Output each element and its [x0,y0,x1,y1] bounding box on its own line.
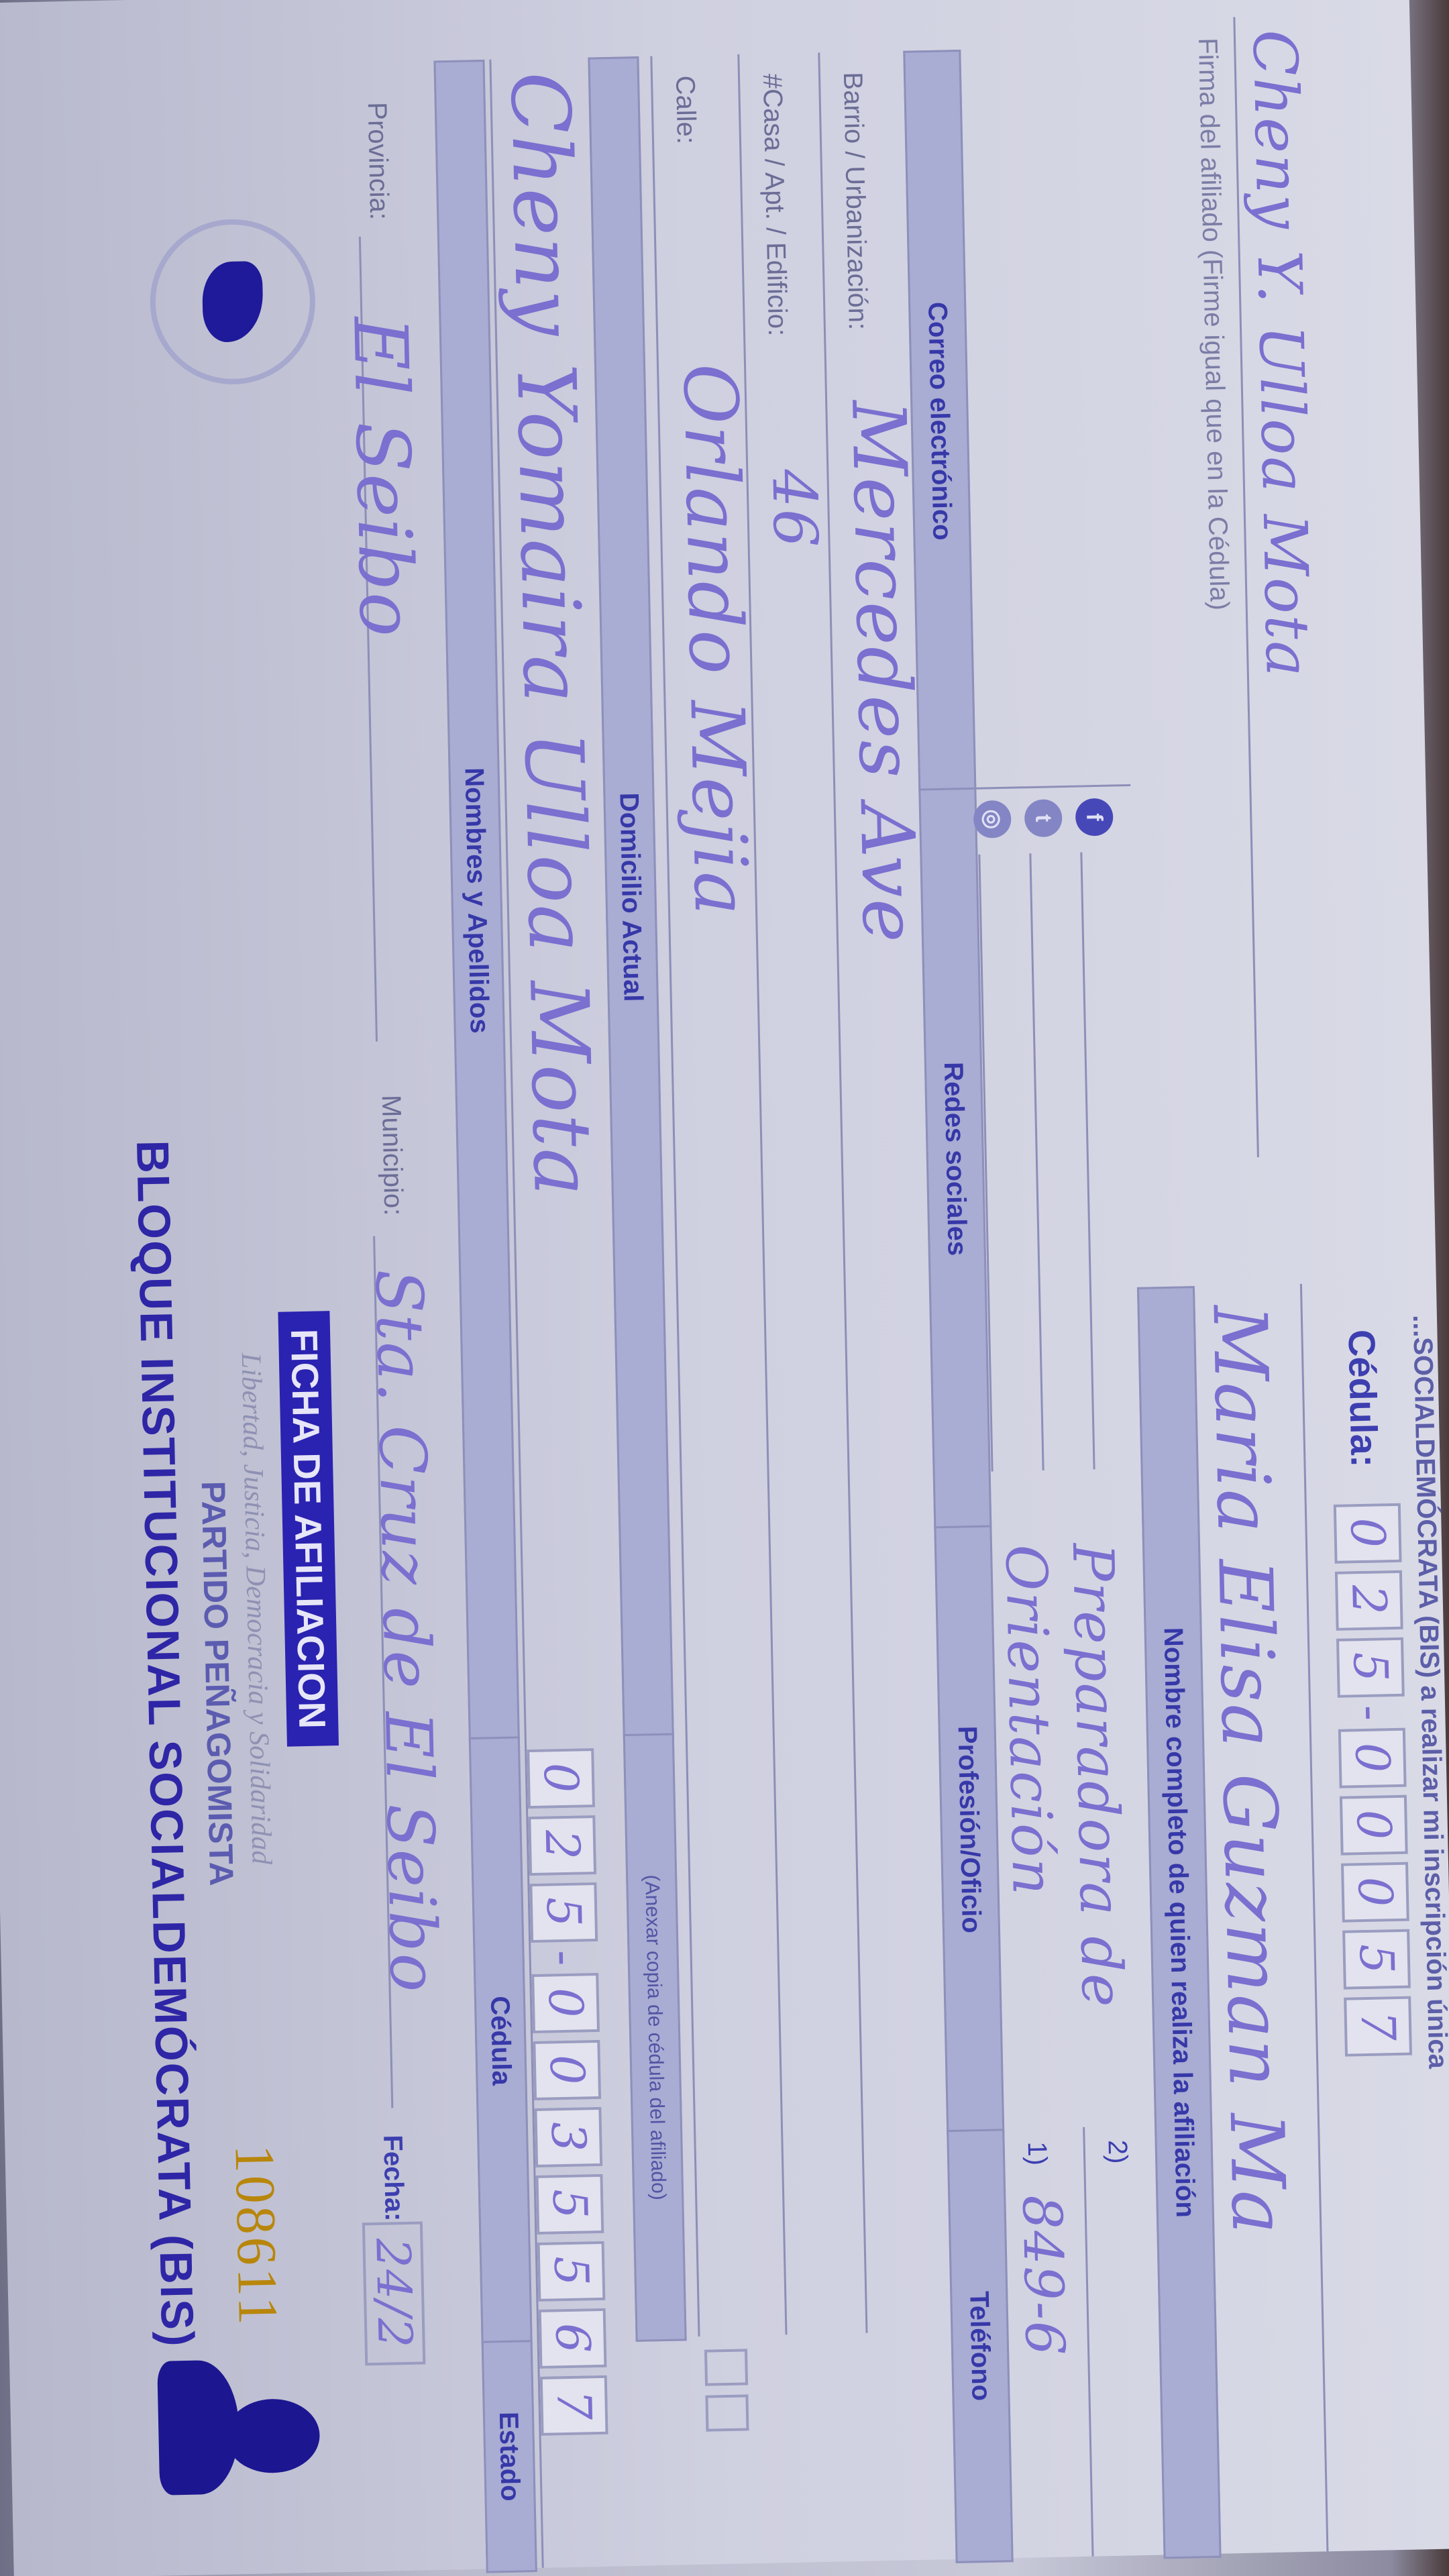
phone-header: Teléfono [947,2129,1014,2563]
twitter-icon: t [1024,799,1063,837]
form-title: FICHA DE AFILIACION [278,1311,339,1747]
social-row[interactable]: t [1020,799,1081,1470]
cedula-dash: - [537,1949,591,1966]
social-handle-field[interactable] [1030,853,1071,1470]
house-number-field[interactable]: 46 [758,468,830,549]
state-checkbox[interactable] [705,2394,749,2431]
social-handle-field[interactable] [979,854,1020,1472]
instagram-icon: ◎ [973,800,1012,839]
row-divider [1083,2127,1093,2557]
row-divider [737,54,787,2334]
party-seal-logo [148,217,317,386]
cedula-digit-box[interactable]: 0 [527,1748,595,1809]
profession-field[interactable]: Preparadora de Orientación [992,1542,1138,2122]
email-field[interactable] [961,46,1130,790]
cedula-header: Cédula [469,1736,533,2345]
cedula-digit-box[interactable]: 6 [539,2308,607,2369]
signature-caption: Firma del afiliado (Firme igual que en l… [1192,38,1234,610]
cedula-digit-box[interactable]: 5 [535,2174,604,2235]
registrar-cedula-label: Cédula: [1340,1329,1386,1468]
cedula-digit-box[interactable]: 2 [1335,1570,1403,1631]
social-handle-field[interactable] [1081,852,1122,1470]
affiliate-cedula-boxes[interactable]: 025-0035567 [527,1748,608,2444]
cedula-digit-box[interactable]: 0 [1338,1728,1407,1788]
party-subtitle: PARTIDO PEÑAGOMISTA [194,1481,241,1886]
municipality-label: Municipio: [376,1095,409,1216]
party-motto: Libertad, Justicia, Democracia y Solidar… [235,1352,278,1865]
cedula-digit-box[interactable]: 0 [533,2040,601,2100]
house-number-label: #Casa / Apt. / Edificio: [757,73,792,336]
cedula-digit-box[interactable]: 7 [1344,1996,1412,2057]
state-checkbox[interactable] [704,2349,748,2385]
province-label: Provincia: [362,102,394,221]
affiliation-form-sheet: BLOQUE INSTITUCIONAL SOCIALDEMÓCRATA (BI… [0,0,1449,2576]
date-label: Fecha: [377,2135,409,2222]
social-list: ft◎ [965,798,1132,1472]
serial-number: 108611 [221,2144,290,2328]
province-field[interactable]: El Seibo [337,316,429,639]
signature-field[interactable]: Cheny Y. Ulloa Mota [1239,29,1323,679]
social-row[interactable]: ◎ [969,800,1030,1472]
phone-1-field[interactable]: 849-6 [1010,2194,1076,2357]
registrar-name-field[interactable]: Maria Elisa Guzman Ma [1197,1304,1302,2236]
street-label: Calle: [669,75,701,144]
row-divider [1300,1284,1329,2552]
authorization-text: ...SOCIALDEMÓCRATA (BIS) a realizar mi i… [1407,1315,1449,2070]
neighborhood-label: Barrio / Urbanización: [837,72,873,330]
party-name: BLOQUE INSTITUCIONAL SOCIALDEMÓCRATA (BI… [126,1140,204,2349]
map-icon [202,261,264,343]
cedula-digit-box[interactable]: 7 [540,2375,608,2436]
cedula-note: (Anexar copia de cédula del afiliado) [623,1733,687,2342]
date-field[interactable]: 24/2 [362,2222,425,2366]
cedula-digit-box[interactable]: 0 [1341,1862,1409,1923]
cedula-digit-box[interactable]: 5 [529,1882,598,1943]
cedula-digit-box[interactable]: 5 [1336,1638,1405,1698]
cedula-digit-box[interactable]: 2 [528,1815,596,1876]
cedula-digit-box[interactable]: 0 [531,1973,600,2033]
cedula-digit-box[interactable]: 3 [534,2107,602,2167]
facebook-icon: f [1075,798,1114,837]
state-checkboxes[interactable] [701,2349,749,2440]
cedula-digit-box[interactable]: 5 [1342,1929,1411,1990]
municipality-field[interactable]: Sta. Cruz de El Seibo [361,1269,451,1994]
phone-2-label: 2) [1102,2139,1133,2164]
phone-1-label: 1) [1022,2141,1053,2166]
cedula-digit-box[interactable]: 5 [537,2241,606,2302]
bust-silhouette-logo [144,2358,321,2509]
cedula-digit-box[interactable]: 0 [1334,1503,1402,1564]
cedula-dash: - [1344,1705,1398,1721]
social-row[interactable]: f [1071,798,1132,1469]
registrar-cedula-boxes[interactable]: 025-00057 [1334,1503,1412,2065]
row-divider [818,52,867,2332]
state-header: Estado [482,2340,537,2573]
cedula-digit-box[interactable]: 0 [1340,1795,1408,1856]
